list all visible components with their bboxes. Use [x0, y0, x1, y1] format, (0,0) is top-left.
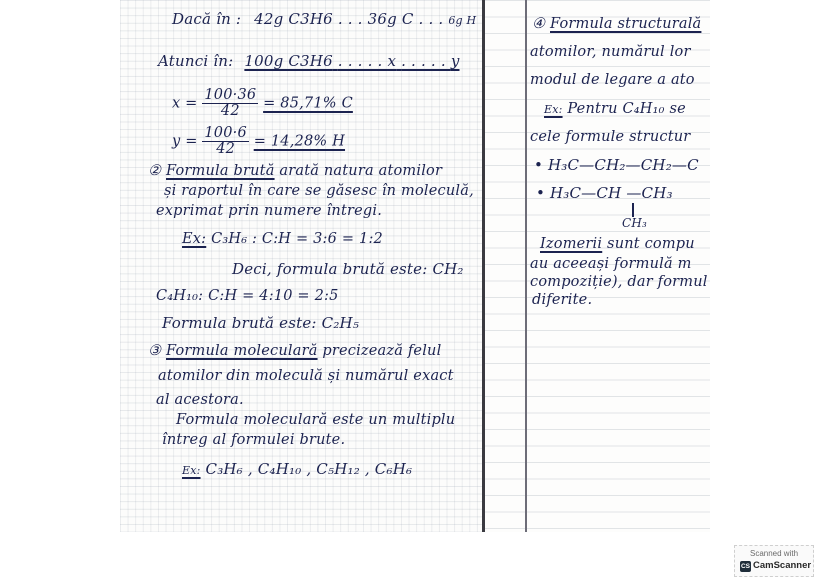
- section-3-text: Formula moleculară este un multiplu: [176, 412, 455, 428]
- section-2-conclusion-1: Deci, formula brută este: CH₂: [232, 260, 464, 278]
- section-4-text: modul de legare a ato: [530, 72, 695, 88]
- branch-bond: [632, 203, 634, 217]
- section-4-heading: ④ Formula structurală: [532, 16, 701, 32]
- watermark-caption: Scanned with: [735, 549, 813, 558]
- y-calculation: y = 100·642 = 14,28% H: [172, 126, 345, 157]
- isomers-definition: Izomerii sunt compu: [540, 236, 695, 252]
- camscanner-logo-icon: CS: [740, 561, 751, 572]
- scanned-notebook: Dacă în : 42g C3H6 . . . 36g C . . . 6g …: [120, 0, 710, 532]
- section-3-text: întreg al formulei brute.: [162, 432, 345, 448]
- watermark-brand: CamScanner: [753, 560, 811, 571]
- section-2-text: exprimat prin numere întregi.: [156, 203, 382, 219]
- camscanner-watermark: Scanned with CS CamScanner: [734, 545, 814, 577]
- isomers-text: au aceeași formulă m: [530, 256, 692, 272]
- isomers-text: diferite.: [532, 292, 592, 308]
- section-3-text: al acestora.: [156, 392, 244, 408]
- section-3-heading: ③ Formula moleculară precizează felul: [148, 343, 441, 359]
- section-4-example: Ex: Pentru C₄H₁₀ se: [544, 101, 686, 117]
- section-2-conclusion-2: Formula brută este: C₂H₅: [162, 314, 359, 332]
- isomers-text: compoziție), dar formul: [530, 274, 708, 290]
- section-4-text: atomilor, numărul lor: [530, 44, 691, 60]
- section-2-heading: ② Formula brută arată natura atomilor: [148, 163, 442, 179]
- structure-branch: CH₃: [622, 216, 647, 230]
- calc-line-1: Dacă în : 42g C3H6 . . . 36g C . . . 6g …: [172, 10, 476, 28]
- margin-line: [525, 0, 527, 532]
- structure-n-butane: • H₃C—CH₂—CH₂—C: [534, 156, 699, 174]
- section-4-text: cele formule structur: [530, 129, 690, 145]
- section-2-example-1: Ex: C₃H₆ : C:H = 3:6 = 1:2: [182, 231, 383, 247]
- section-2-example-2: C₄H₁₀: C:H = 4:10 = 2:5: [156, 288, 339, 304]
- section-3-text: atomilor din moleculă și numărul exact: [158, 368, 454, 384]
- structure-isobutane: • H₃C—CH —CH₃: [536, 184, 673, 202]
- x-calculation: x = 100·3642 = 85,71% C: [172, 88, 353, 119]
- section-2-text: și raportul în care se găsesc în molecul…: [164, 183, 474, 199]
- section-3-examples: Ex: C₃H₆ , C₄H₁₀ , C₅H₁₂ , C₆H₆: [182, 460, 412, 478]
- calc-line-2: Atunci în: 100g C3H6 . . . . . x . . . .…: [158, 52, 460, 70]
